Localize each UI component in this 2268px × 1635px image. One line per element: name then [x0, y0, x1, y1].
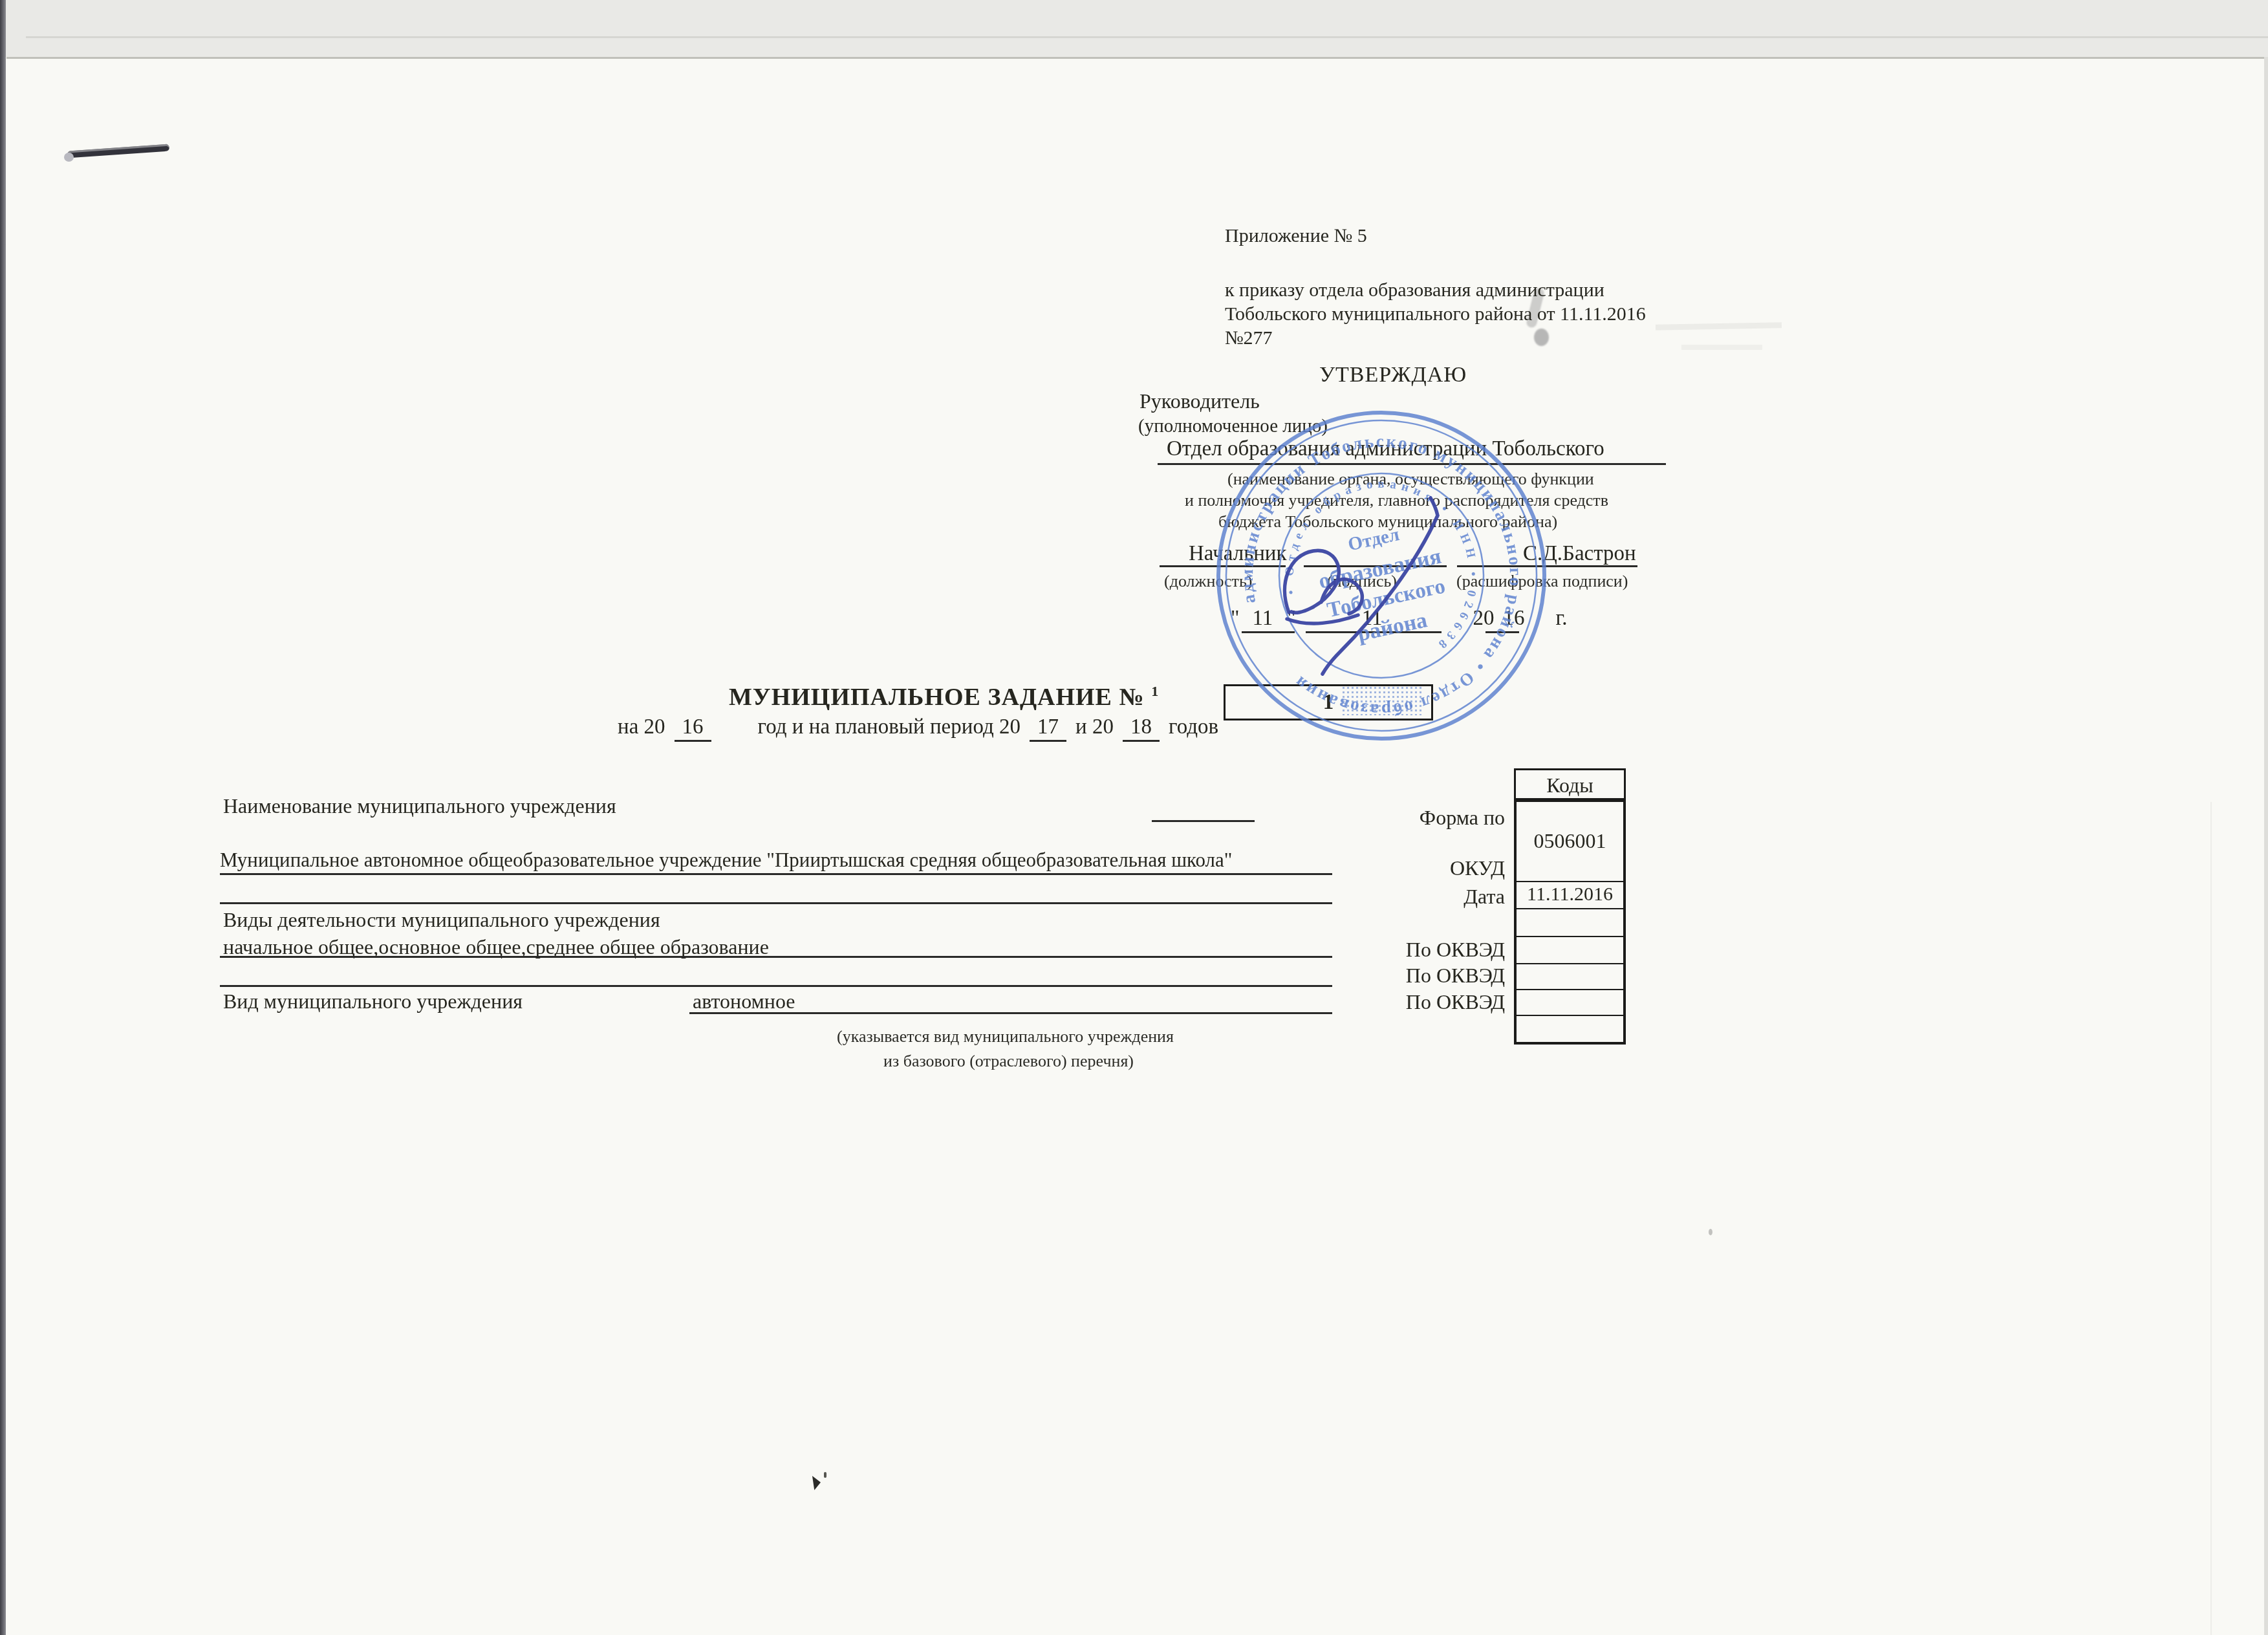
okved-label-1: По ОКВЭД: [1406, 938, 1505, 962]
stamp-center-line1: Отдел: [1346, 524, 1401, 555]
activities-underline: [220, 956, 1332, 958]
ink-speck: [1709, 1229, 1712, 1235]
activities-label: Виды деятельности муниципального учрежде…: [223, 908, 660, 932]
date-code-value: 11.11.2016: [1517, 883, 1623, 905]
year-blank-1: 16: [675, 715, 711, 742]
codes-divider: [1517, 963, 1623, 964]
scan-right-edge: [2264, 57, 2268, 1635]
codes-table: 0506001 11.11.2016: [1514, 798, 1626, 1045]
order-reference: к приказу отдела образования администрац…: [1225, 278, 1646, 350]
document-title-text: МУНИЦИПАЛЬНОЕ ЗАДАНИЕ №: [729, 684, 1145, 711]
date-label: Дата: [1463, 885, 1505, 909]
period-prefix: на 20: [618, 715, 665, 740]
okud-code-value: 0506001: [1517, 829, 1623, 853]
period-middle: год и на плановый период 20: [758, 715, 1021, 740]
codes-divider: [1517, 881, 1623, 882]
empty-field-underline: [220, 902, 1332, 904]
scanned-document-page: Приложение № 5 к приказу отдела образова…: [0, 0, 2268, 1635]
codes-divider: [1517, 989, 1623, 990]
okved-label-2: По ОКВЭД: [1406, 964, 1505, 988]
codes-divider: [1517, 908, 1623, 909]
official-round-stamp: администрации Тобольского муниципального…: [1099, 349, 1714, 802]
okved-label-3: По ОКВЭД: [1406, 990, 1505, 1014]
type-underline: [689, 1012, 1332, 1014]
institution-name-value: Муниципальное автономное общеобразовател…: [220, 849, 1233, 872]
type-hint-line1: (указывается вид муниципального учрежден…: [837, 1027, 1174, 1046]
staple-artifact: [67, 144, 169, 158]
institution-type-label: Вид муниципального учреждения: [223, 990, 523, 1013]
staple-cap-artifact: [64, 153, 74, 162]
fold-line-artifact: [2210, 802, 2212, 1635]
ink-speck: [812, 1476, 821, 1490]
paper-top-edge: [6, 57, 2268, 59]
document-title: МУНИЦИПАЛЬНОЕ ЗАДАНИЕ № 1: [729, 683, 1159, 711]
empty-field-underline: [220, 985, 1332, 987]
scan-smear: [1656, 322, 1782, 330]
scanner-top-band: [0, 0, 2268, 57]
type-hint-line2: из базового (отраслевого) перечня): [883, 1052, 1134, 1071]
appendix-number: Приложение № 5: [1225, 225, 1367, 248]
scan-left-edge: [0, 0, 6, 1635]
form-label-top: Форма по: [1420, 806, 1505, 830]
form-label-bottom: ОКУД: [1450, 856, 1505, 880]
name-short-underline: [1152, 820, 1255, 822]
name-underline: [220, 873, 1332, 875]
ink-speck: [824, 1472, 826, 1478]
year-blank-2: 17: [1030, 715, 1066, 742]
scanner-band-line: [26, 36, 2268, 38]
codes-divider: [1517, 936, 1623, 937]
institution-type-value: автономное: [693, 990, 795, 1013]
institution-name-label: Наименование муниципального учреждения: [223, 794, 616, 818]
codes-divider: [1517, 1015, 1623, 1016]
